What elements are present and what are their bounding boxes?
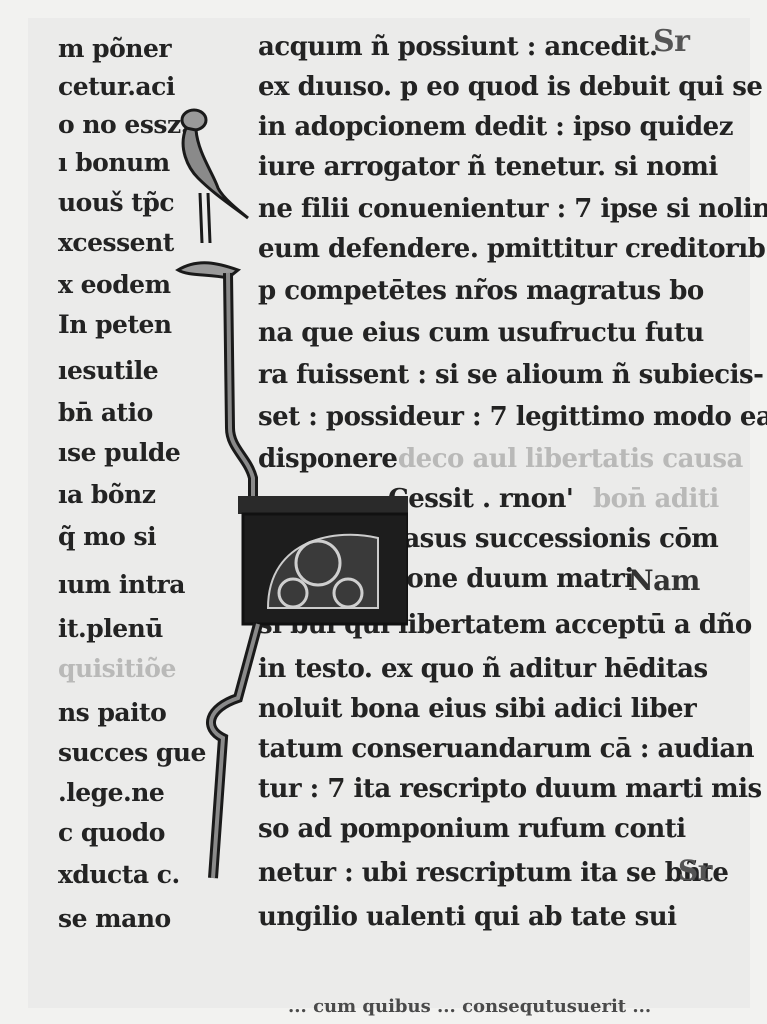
text-line: cetur.aci — [58, 72, 175, 101]
text-line: x eodem — [58, 270, 171, 299]
show-through-text: deco aul libertatis causa — [398, 444, 743, 474]
show-through-text: bon̄ aditi — [593, 484, 719, 514]
text-line: ungilio ualenti qui ab tate sui — [258, 902, 677, 932]
text-line: ñone duum matri — [388, 564, 634, 594]
text-line: bn̄ atio — [58, 398, 153, 427]
text-line: quisitiõe — [58, 654, 176, 683]
illuminated-initial-bird-icon — [168, 98, 408, 888]
text-line: In peten — [58, 310, 172, 339]
text-line: Cessit . rnon' — [388, 484, 573, 514]
text-line: uouš tp̃c — [58, 188, 174, 217]
text-line: xducta c. — [58, 860, 180, 889]
text-line: casus successionis cōm — [388, 524, 718, 554]
text-line: ns paito — [58, 698, 166, 727]
text-line: ıa bõnz — [58, 480, 155, 509]
rubric-mark: Sr — [653, 24, 689, 59]
rubric-mark: Sr — [678, 854, 712, 887]
text-line: ıse pulde — [58, 438, 180, 467]
text-line: se mano — [58, 904, 171, 933]
text-line: it.plenū — [58, 614, 163, 643]
text-line: xcessent — [58, 228, 174, 257]
text-line: .lege.ne — [58, 778, 164, 807]
manuscript-page: m põner cetur.aci o no essz. ı bonum uou… — [28, 18, 750, 1008]
text-line: ı bonum — [58, 148, 170, 177]
text-line: m põner — [58, 34, 171, 63]
text-line: q̃ mo si — [58, 522, 156, 551]
text-line: acquım ñ possiunt : ancedit. — [258, 32, 658, 62]
text-line: ıum intra — [58, 570, 185, 599]
bottom-cut-off-line: ... cum quibus ... consequtusuerit ... — [288, 996, 651, 1017]
text-line: ıesutile — [58, 356, 158, 385]
text-line: c quodo — [58, 818, 165, 847]
rubric-mark: Nam — [628, 564, 700, 597]
